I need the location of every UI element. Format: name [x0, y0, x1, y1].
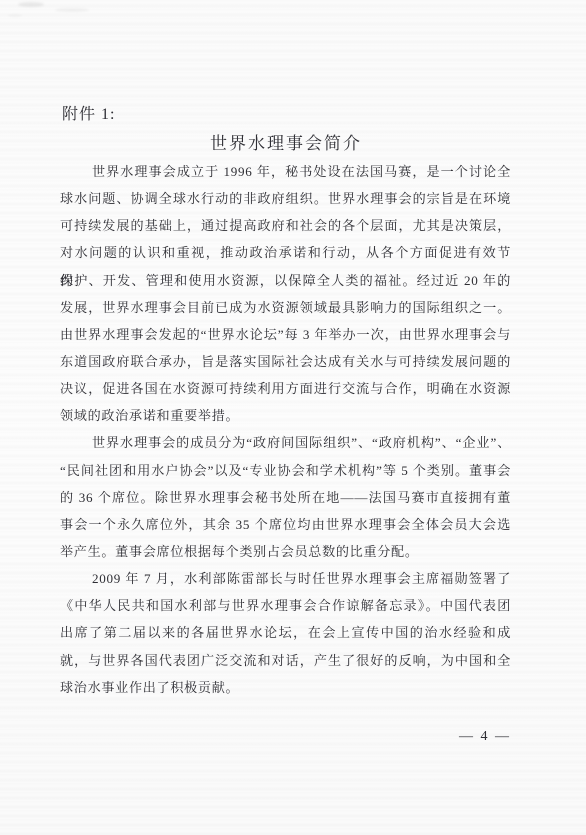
- text-line-p2-l5: 举产生。董事会席位根据每个类别占会员总数的比重分配。: [60, 538, 511, 565]
- text-line-p1-l3: 可持续发展的基础上，通过提高政府和社会的各个层面，尤其是决策层，: [60, 212, 511, 239]
- body-text: 世界水理事会成立于 1996 年，秘书处设在法国马赛，是一个讨论全球水问题、协调…: [60, 158, 511, 701]
- text-line-p2-l3: 的 36 个席位。除世界水理事会秘书处所在地——法国马赛市直接拥有董: [60, 484, 511, 511]
- scan-noise-smudge: [8, 14, 22, 17]
- document-title: 世界水理事会简介: [0, 129, 572, 154]
- scan-noise-smudge: [55, 8, 89, 12]
- text-line-p2-l2: “民间社团和用水户协会”以及“专业协会和学术机构”等 5 个类别。董事会: [60, 457, 511, 484]
- text-line-p3-l2: 《中华人民共和国水利部与世界水理事会合作谅解备忘录》。中国代表团: [60, 592, 511, 619]
- text-line-p3-l5: 球治水事业作出了积极贡献。: [60, 674, 511, 701]
- scanned-document-page: 附件 1: 世界水理事会简介 世界水理事会成立于 1996 年，秘书处设在法国马…: [0, 0, 586, 835]
- text-line-p3-l4: 就，与世界各国代表团广泛交流和对话，产生了很好的反响，为中国和全: [60, 647, 511, 674]
- text-line-p2-l1: 世界水理事会的成员分为“政府间国际组织”、“政府机构”、“企业”、: [60, 429, 511, 456]
- text-line-p2-l4: 事会一个永久席位外，其余 35 个席位均由世界水理事会全体会员大会选: [60, 511, 511, 538]
- text-line-p1-l8: 东道国政府联合承办，旨是落实国际社会达成有关水与可持续发展问题的: [60, 348, 511, 375]
- scan-noise-smudge: [18, 2, 44, 7]
- text-line-p1-l1: 世界水理事会成立于 1996 年，秘书处设在法国马赛，是一个讨论全: [60, 158, 511, 185]
- text-line-p1-l10: 领域的政治承诺和重要举措。: [60, 402, 511, 429]
- text-line-p1-l6: 发展，世界水理事会目前已成为水资源领域最具影响力的国际组织之一。: [60, 294, 511, 321]
- text-line-p3-l3: 出席了第二届以来的各届世界水论坛，在会上宣传中国的治水经验和成: [60, 619, 511, 646]
- text-line-p1-l2: 球水问题、协调全球水行动的非政府组织。世界水理事会的宗旨是在环境: [60, 185, 511, 212]
- text-line-p1-l5: 保护、开发、管理和使用水资源，以保障全人类的福祉。经过近 20 年的: [60, 267, 511, 294]
- attachment-label: 附件 1:: [62, 101, 115, 124]
- text-line-p1-l9: 决议，促进各国在水资源可持续利用方面进行交流与合作，明确在水资源: [60, 375, 511, 402]
- text-line-p1-l7: 由世界水理事会发起的“世界水论坛”每 3 年举办一次，由世界水理事会与: [60, 321, 511, 348]
- text-line-p1-l4: 对水问题的认识和重视，推动政治承诺和行动，从各个方面促进有效节约、: [60, 239, 511, 266]
- text-line-p3-l1: 2009 年 7 月，水利部陈雷部长与时任世界水理事会主席福勋签署了: [60, 565, 511, 592]
- page-number: — 4 —: [459, 729, 511, 745]
